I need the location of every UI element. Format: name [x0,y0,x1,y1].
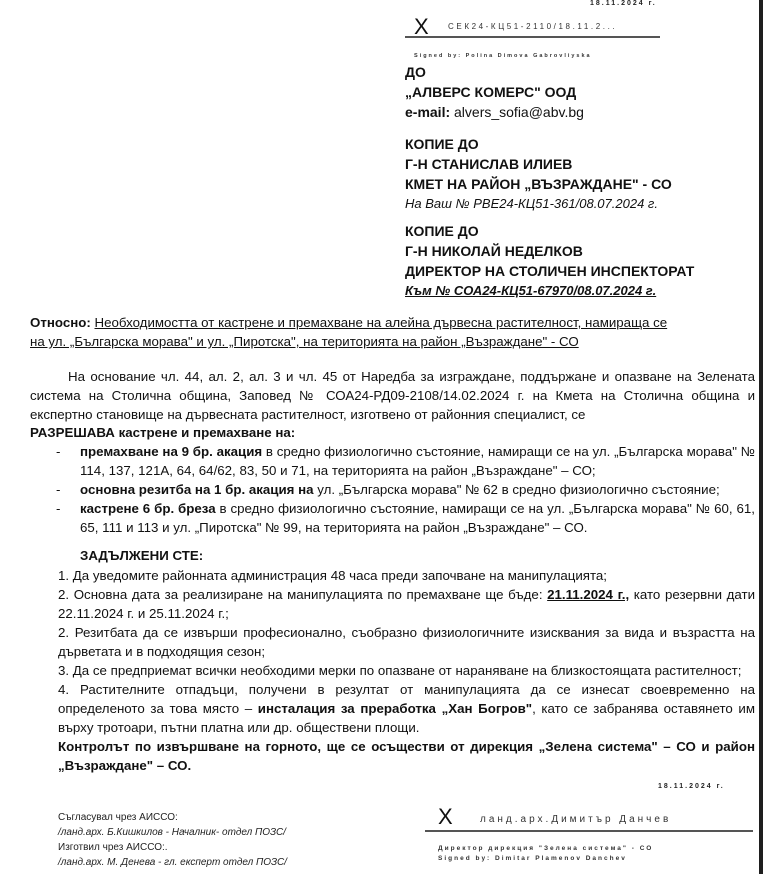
right-edge-border [759,0,763,874]
dash-marker: - [56,442,60,461]
subject-text-line2: на ул. „Българска морава" и ул. „Пиротск… [30,332,755,351]
copy-recipient-name: Г-Н СТАНИСЛАВ ИЛИЕВ [405,154,672,174]
main-date: 21.11.2024 г., [547,587,629,602]
registration-number: СЕК24-КЦ51-2110/18.11.2... [448,22,617,31]
subject-text-line1: Необходимостта от кастрене и премахване … [95,315,668,330]
copy-label: КОПИЕ ДО [405,221,694,241]
control-text: Контролът по извършване на горното, ще с… [58,739,755,773]
top-signed-by: Signed by: Polina Dimova Gabrovliyska [414,53,592,59]
to-label: ДО [405,62,584,82]
dash-marker: - [56,499,60,518]
permit-bold-text: РАЗРЕШАВА кастрене и премахване на: [30,425,295,440]
copy-recipient-position: ДИРЕКТОР НА СТОЛИЧЕН ИНСПЕКТОРАТ [405,261,694,281]
copy-to-mayor-block: КОПИЕ ДО Г-Н СТАНИСЛАВ ИЛИЕВ КМЕТ НА РАЙ… [405,134,672,214]
bullet-bold: основна резитба на 1 бр. акация на [80,482,314,497]
obligation-item-1: 1. Да уведомите районната администрация … [58,566,755,585]
intro-paragraph: На основание чл. 44, ал. 2, ал. 3 и чл. … [30,367,755,424]
list-item: -основна резитба на 1 бр. акация на ул. … [0,480,755,499]
top-signature-date: 18.11.2024 г. [590,0,657,7]
bottom-signature-date: 18.11.2024 г. [658,783,725,790]
bullet-bold: премахване на 9 бр. акация [80,444,262,459]
signature-x-mark: X [438,804,453,830]
copy-reference: Към № СОА24-КЦ51-67970/08.07.2024 г. [405,281,694,301]
list-item: -премахване на 9 бр. акация в средно физ… [0,442,755,480]
top-signature-line [405,36,660,38]
obligation-item-3: 2. Резитбата да се извърши професионално… [58,623,755,661]
bullet-text: ул. „Българска морава" № 62 в средно физ… [314,482,720,497]
prepared-label: Изготвил чрез АИССО:. [58,840,287,855]
copy-to-inspectorate-block: КОПИЕ ДО Г-Н НИКОЛАЙ НЕДЕЛКОВ ДИРЕКТОР Н… [405,221,694,301]
copy-reference: На Ваш № РВЕ24-КЦ51-361/08.07.2024 г. [405,194,672,214]
obligation-item-2: 2. Основна дата за реализиране на манипу… [58,585,755,623]
company-name: „АЛВЕРС КОМЕРС" ООД [405,82,584,102]
obligations-list: 1. Да уведомите районната администрация … [58,566,755,775]
subject-label: Относно: [30,315,91,330]
signer-title: Директор дирекция "Зелена система" - СО [438,845,653,852]
addressee-block: ДО „АЛВЕРС КОМЕРС" ООД e-mail: alvers_so… [405,62,584,122]
obligations-heading-text: ЗАДЪЛЖЕНИ СТЕ: [80,548,203,563]
dash-marker: - [56,480,60,499]
signer-name: ланд.арх.Димитър Данчев [480,814,671,825]
permit-statement: РАЗРЕШАВА кастрене и премахване на: [30,423,295,442]
agreed-by: /ланд.арх. Б.Кишкилов - Началник- отдел … [58,825,287,840]
permitted-actions-list: -премахване на 9 бр. акация в средно физ… [0,442,755,537]
bottom-signed-by: Signed by: Dimitar Plamenov Danchev [438,855,627,862]
obligation-item-4: 3. Да се предприемат всички необходими м… [58,661,755,680]
copy-recipient-position: КМЕТ НА РАЙОН „ВЪЗРАЖДАНЕ" - СО [405,174,672,194]
prepared-by: /ланд.арх. М. Денева - гл. експерт отдел… [58,855,287,870]
bottom-signature-line [425,830,753,832]
control-statement: Контролът по извършване на горното, ще с… [58,737,755,775]
footer-approvals: Съгласувал чрез АИССО: /ланд.арх. Б.Кишк… [58,810,287,870]
obligations-heading: ЗАДЪЛЖЕНИ СТЕ: [80,546,203,565]
email-label: e-mail: [405,104,450,120]
agreed-label: Съгласувал чрез АИССО: [58,810,287,825]
copy-recipient-name: Г-Н НИКОЛАЙ НЕДЕЛКОВ [405,241,694,261]
list-item: -кастрене 6 бр. бреза в средно физиологи… [0,499,755,537]
bullet-bold: кастрене 6 бр. бреза [80,501,216,516]
disposal-site: инсталация за преработка „Хан Богров" [258,701,532,716]
copy-label: КОПИЕ ДО [405,134,672,154]
email-link[interactable]: alvers_sofia@abv.bg [454,104,584,120]
obligation-text: 2. Основна дата за реализиране на манипу… [58,587,547,602]
subject-block: Относно: Необходимостта от кастрене и пр… [30,313,755,351]
signature-x-mark: X [414,14,429,40]
obligation-item-5: 4. Растителните отпадъци, получени в рез… [58,680,755,737]
